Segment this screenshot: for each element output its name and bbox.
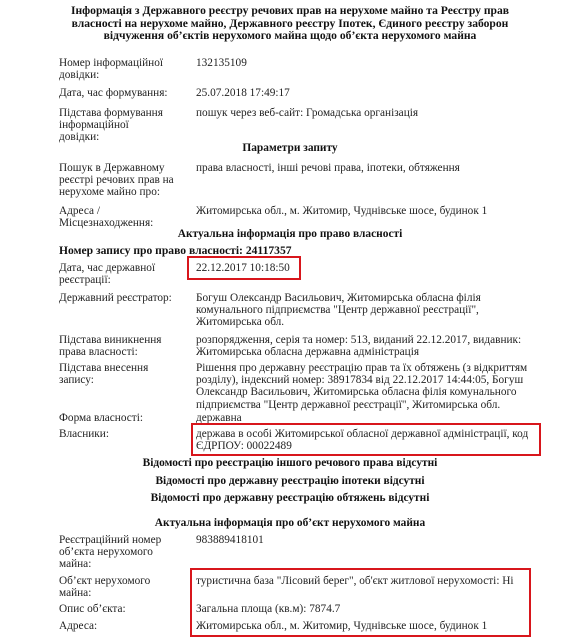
field-value: 132135109: [196, 57, 541, 69]
section-heading-ownership: Актуальна інформація про право власності: [0, 228, 580, 240]
field-label: Підстава формування інформаційної довідк…: [59, 107, 169, 144]
highlight-box-registration-date: [187, 256, 301, 280]
field-label: Адреса:: [59, 620, 194, 632]
field-label: Номер інформаційної довідки:: [59, 57, 169, 81]
section-heading-query: Параметри запиту: [0, 142, 580, 154]
field-value: пошук через веб-сайт: Громадська організ…: [196, 107, 541, 119]
title-line: Інформація з Державного реєстру речових …: [0, 5, 580, 18]
field-label: Дата, час державної реєстрації:: [59, 262, 177, 286]
section-heading-property: Актуальна інформація про об’єкт нерухомо…: [0, 517, 580, 529]
field-label: Форма власності:: [59, 412, 194, 424]
absent-note: Відомості про реєстрацію іншого речового…: [0, 457, 580, 469]
field-label: Державний реєстратор:: [59, 292, 194, 304]
field-label: Опис об’єкта:: [59, 603, 194, 615]
absent-note: Відомості про державну реєстрацію іпотек…: [0, 475, 580, 487]
field-label: Адреса / Місцезнаходження:: [59, 205, 169, 229]
absent-note: Відомості про державну реєстрацію обтяже…: [0, 492, 580, 504]
field-label: Дата, час формування:: [59, 87, 194, 99]
highlight-box-owners: [191, 423, 541, 456]
field-value: Житомирська обл., м. Житомир, Чуднівське…: [196, 205, 541, 217]
field-value: розпорядження, серія та номер: 513, вида…: [196, 334, 536, 358]
field-label: Реєстраційний номер об’єкта нерухомого м…: [59, 534, 167, 571]
field-label: Власники:: [59, 428, 194, 440]
field-value: Рішення про державну реєстрацію прав та …: [196, 362, 536, 411]
field-label: Підстава виникнення права власності:: [59, 334, 179, 358]
title-line: відчуження об’єктів нерухомого майна щод…: [0, 30, 580, 43]
field-label: Підстава внесення запису:: [59, 362, 169, 386]
document-title: Інформація з Державного реєстру речових …: [0, 5, 580, 43]
highlight-box-property: [190, 568, 531, 637]
field-label: Пошук в Державному реєстрі речових прав …: [59, 162, 177, 199]
field-value: 25.07.2018 17:49:17: [196, 87, 541, 99]
field-label: Об’єкт нерухомого майна:: [59, 575, 159, 599]
field-value: права власності, інші речові права, іпот…: [196, 162, 541, 174]
field-value: 983889418101: [196, 534, 541, 546]
field-value: Богуш Олександр Васильович, Житомирська …: [196, 292, 496, 329]
